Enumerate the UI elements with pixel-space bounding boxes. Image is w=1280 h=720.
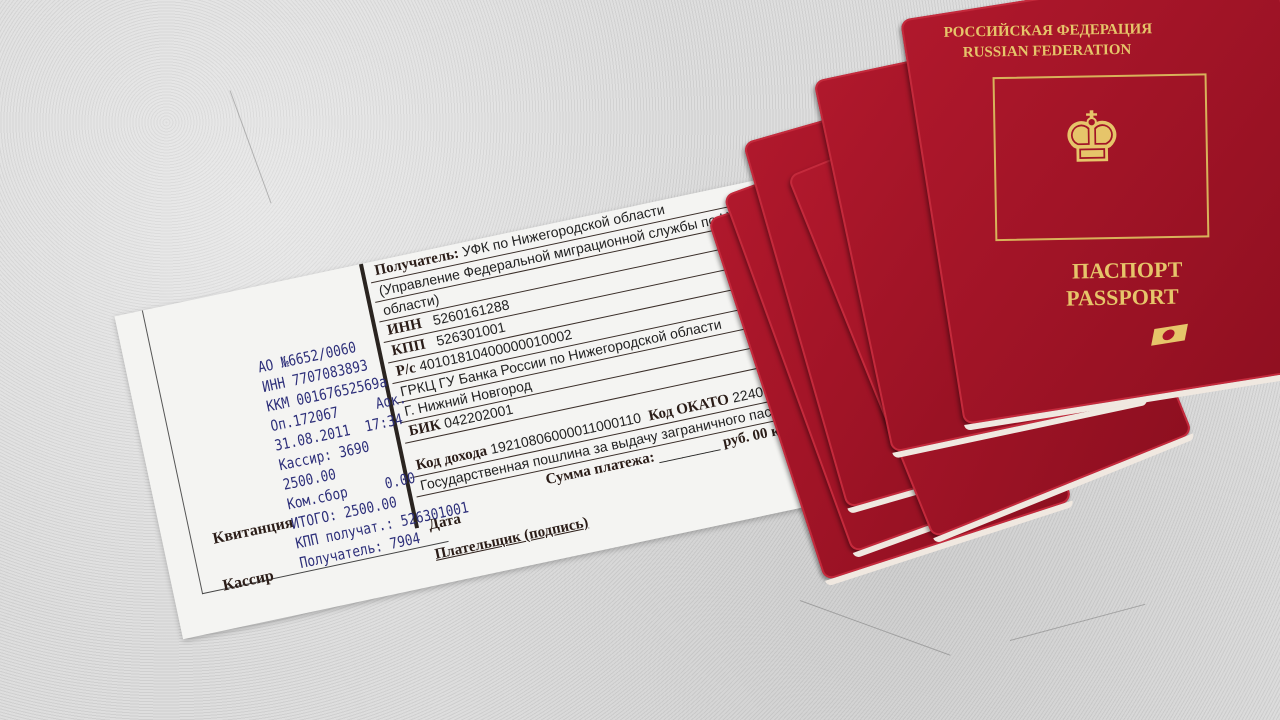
receipt-border-left xyxy=(142,310,203,594)
receipt-label: Квитанция xyxy=(211,514,295,549)
title-en: PASSPORT xyxy=(1066,284,1179,312)
surface-crack xyxy=(230,90,272,203)
country-ru: РОССИЙСКАЯ ФЕДЕРАЦИЯ xyxy=(943,21,1152,42)
cashier-label: Кассир xyxy=(221,567,275,595)
surface-crack xyxy=(800,600,951,656)
surface-crack xyxy=(1010,604,1145,641)
biometric-chip-icon xyxy=(1151,324,1188,346)
emblem-frame: ♚ xyxy=(993,73,1210,241)
page-edge xyxy=(933,433,1195,543)
passport-top: РОССИЙСКАЯ ФЕДЕРАЦИЯ RUSSIAN FEDERATION … xyxy=(900,0,1280,425)
country-en: RUSSIAN FEDERATION xyxy=(963,42,1132,62)
title-ru: ПАСПОРТ xyxy=(1072,257,1183,285)
double-headed-eagle-emblem-icon: ♚ xyxy=(1060,102,1124,173)
